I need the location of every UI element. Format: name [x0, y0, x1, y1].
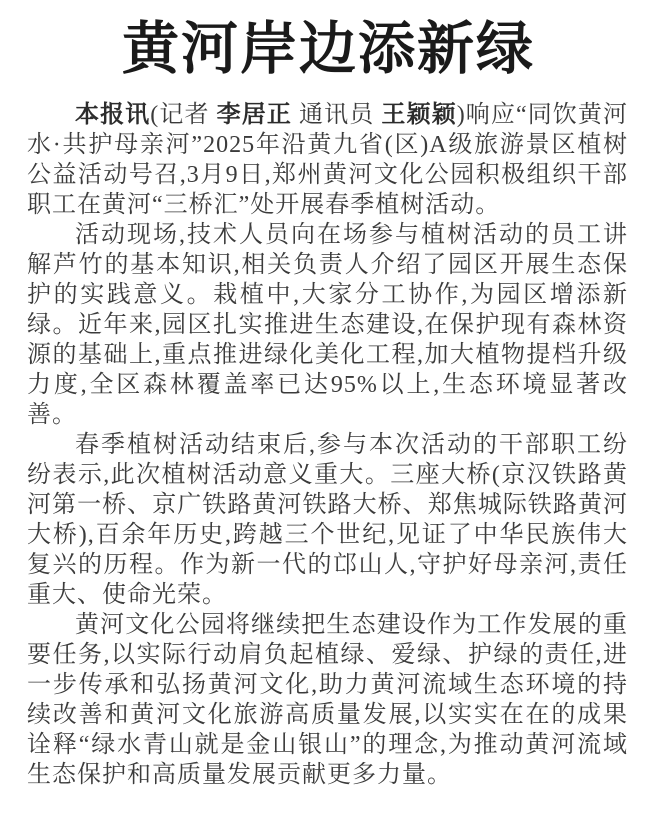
article-paragraph: 本报讯(记者 李居正 通讯员 王颖颖)响应“同饮黄河水·共护母亲河”2025年沿…	[27, 100, 628, 220]
emphasis-text: 本报讯	[75, 102, 150, 128]
paragraph-text: 活动现场,技术人员向在场参与植树活动的员工讲解芦竹的基本知识,相关负责人介绍了园…	[27, 222, 628, 428]
emphasis-text: 王颖颖	[381, 102, 456, 128]
paragraph-text: 黄河文化公园将继续把生态建设作为工作发展的重要任务,以实际行动肩负起植绿、爱绿、…	[27, 612, 628, 788]
paragraph-text: 通讯员	[292, 102, 381, 128]
paragraph-text: (记者	[150, 102, 216, 128]
article-body: 本报讯(记者 李居正 通讯员 王颖颖)响应“同饮黄河水·共护母亲河”2025年沿…	[27, 100, 628, 790]
article-title: 黄河岸边添新绿	[0, 12, 657, 86]
article-paragraph: 春季植树活动结束后,参与本次活动的干部职工纷纷表示,此次植树活动意义重大。三座大…	[27, 430, 628, 610]
paragraph-text: 春季植树活动结束后,参与本次活动的干部职工纷纷表示,此次植树活动意义重大。三座大…	[27, 432, 628, 608]
newspaper-article-page: 黄河岸边添新绿 本报讯(记者 李居正 通讯员 王颖颖)响应“同饮黄河水·共护母亲…	[0, 0, 657, 825]
article-paragraph: 活动现场,技术人员向在场参与植树活动的员工讲解芦竹的基本知识,相关负责人介绍了园…	[27, 220, 628, 430]
article-paragraph: 黄河文化公园将继续把生态建设作为工作发展的重要任务,以实际行动肩负起植绿、爱绿、…	[27, 610, 628, 790]
emphasis-text: 李居正	[217, 102, 292, 128]
